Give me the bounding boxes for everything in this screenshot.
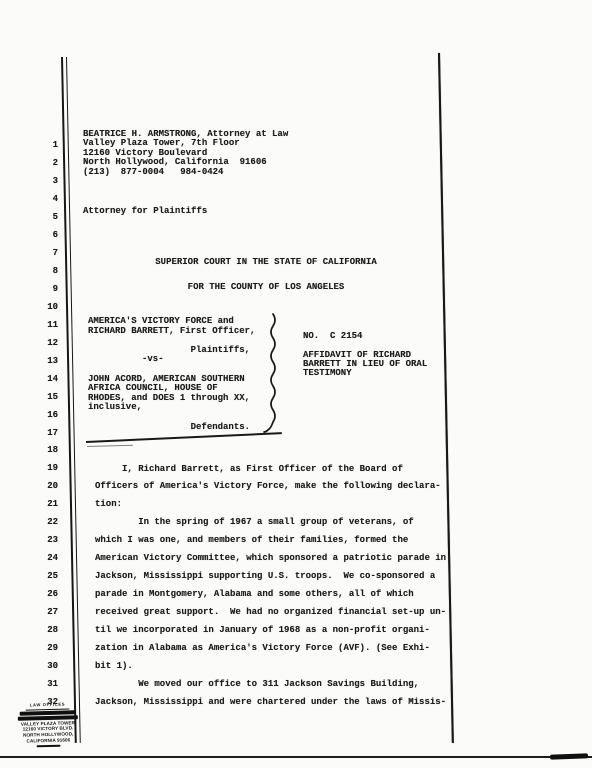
- pleading-line-numbers: 1 2 3 4 5 6 7 8 9 10 11 12 13 14 15 16 1…: [36, 137, 58, 712]
- caption-underline-echo: [87, 444, 133, 447]
- court-title-line2: FOR THE COUNTY OF LOS ANGELES: [88, 282, 444, 292]
- court-title-line1: SUPERIOR COURT IN THE STATE OF CALIFORNI…: [88, 257, 444, 267]
- case-number-block: NO. C 2154 AFFIDAVIT OF RICHARD BARRETT …: [303, 332, 427, 378]
- law-office-stamp: LAW OFFICES VALLEY PLAZA TOWER 12160 VIC…: [12, 701, 83, 749]
- page-bottom-rule-blot: [550, 753, 588, 759]
- stamp-smear: [37, 744, 61, 747]
- scanned-affidavit-page: 1 2 3 4 5 6 7 8 9 10 11 12 13 14 15 16 1…: [0, 0, 592, 768]
- affidavit-body-text: I, Richard Barrett, as First Officer of …: [95, 461, 446, 713]
- caption-underline: [86, 432, 282, 443]
- party-caption-block: AMERICA'S VICTORY FORCE and RICHARD BARR…: [88, 317, 255, 432]
- page-bottom-rule: [0, 756, 592, 758]
- stamp-law-offices-line: LAW OFFICES: [12, 701, 82, 708]
- attorney-address-block: BEATRICE H. ARMSTRONG, Attorney at Law V…: [83, 130, 288, 177]
- caption-brace-icon: [262, 313, 284, 441]
- attorney-role-line: Attorney for Plaintiffs: [83, 206, 207, 216]
